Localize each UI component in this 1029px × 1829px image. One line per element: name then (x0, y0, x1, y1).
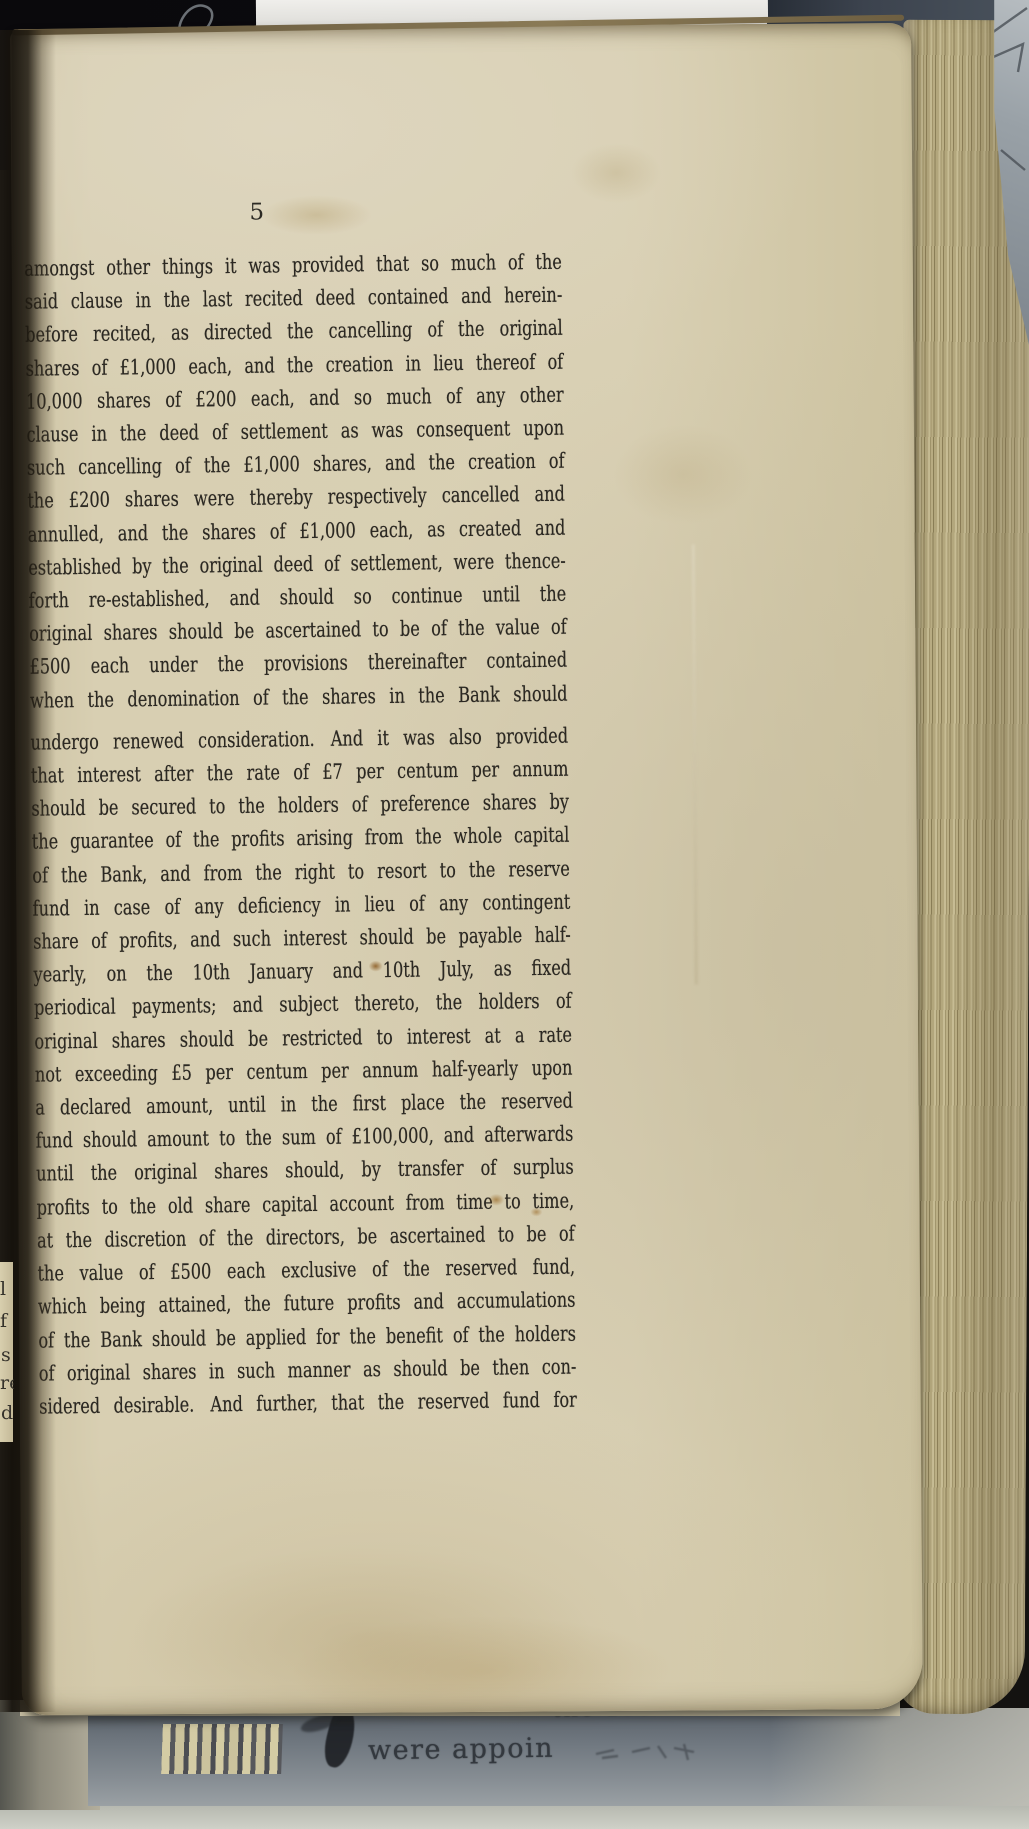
body-text: amongst other things it was provided tha… (24, 246, 577, 1424)
paper-stain (291, 1615, 672, 1728)
paper-stain (571, 143, 661, 204)
paper-crease (692, 544, 698, 984)
text-line: when the denomination of the shares in t… (30, 677, 568, 717)
letter-fragment: d (1, 1402, 15, 1424)
paper-stain (131, 1545, 592, 1728)
under-page-sliver (0, 1700, 100, 1810)
paper-stain (261, 195, 371, 236)
binding-tabs (161, 1724, 283, 1774)
page-number: 5 (249, 199, 264, 225)
text-line: sidered desirable. And further, that the… (39, 1383, 577, 1423)
slip-fade (770, 1708, 1029, 1806)
print-smudge (592, 1738, 702, 1768)
letter-fragment: l (0, 1278, 14, 1300)
partial-print-line: were appoin (368, 1733, 554, 1767)
letter-fragment: s (1, 1344, 15, 1366)
book-photo: the 11th d were appoin 5 amongst other t… (0, 0, 1029, 1829)
paper-stain (613, 424, 754, 525)
book-page: 5 amongst other things it was provided t… (10, 23, 923, 1715)
letter-fragment: re (0, 1372, 14, 1394)
letter-fragment: f (0, 1310, 14, 1332)
